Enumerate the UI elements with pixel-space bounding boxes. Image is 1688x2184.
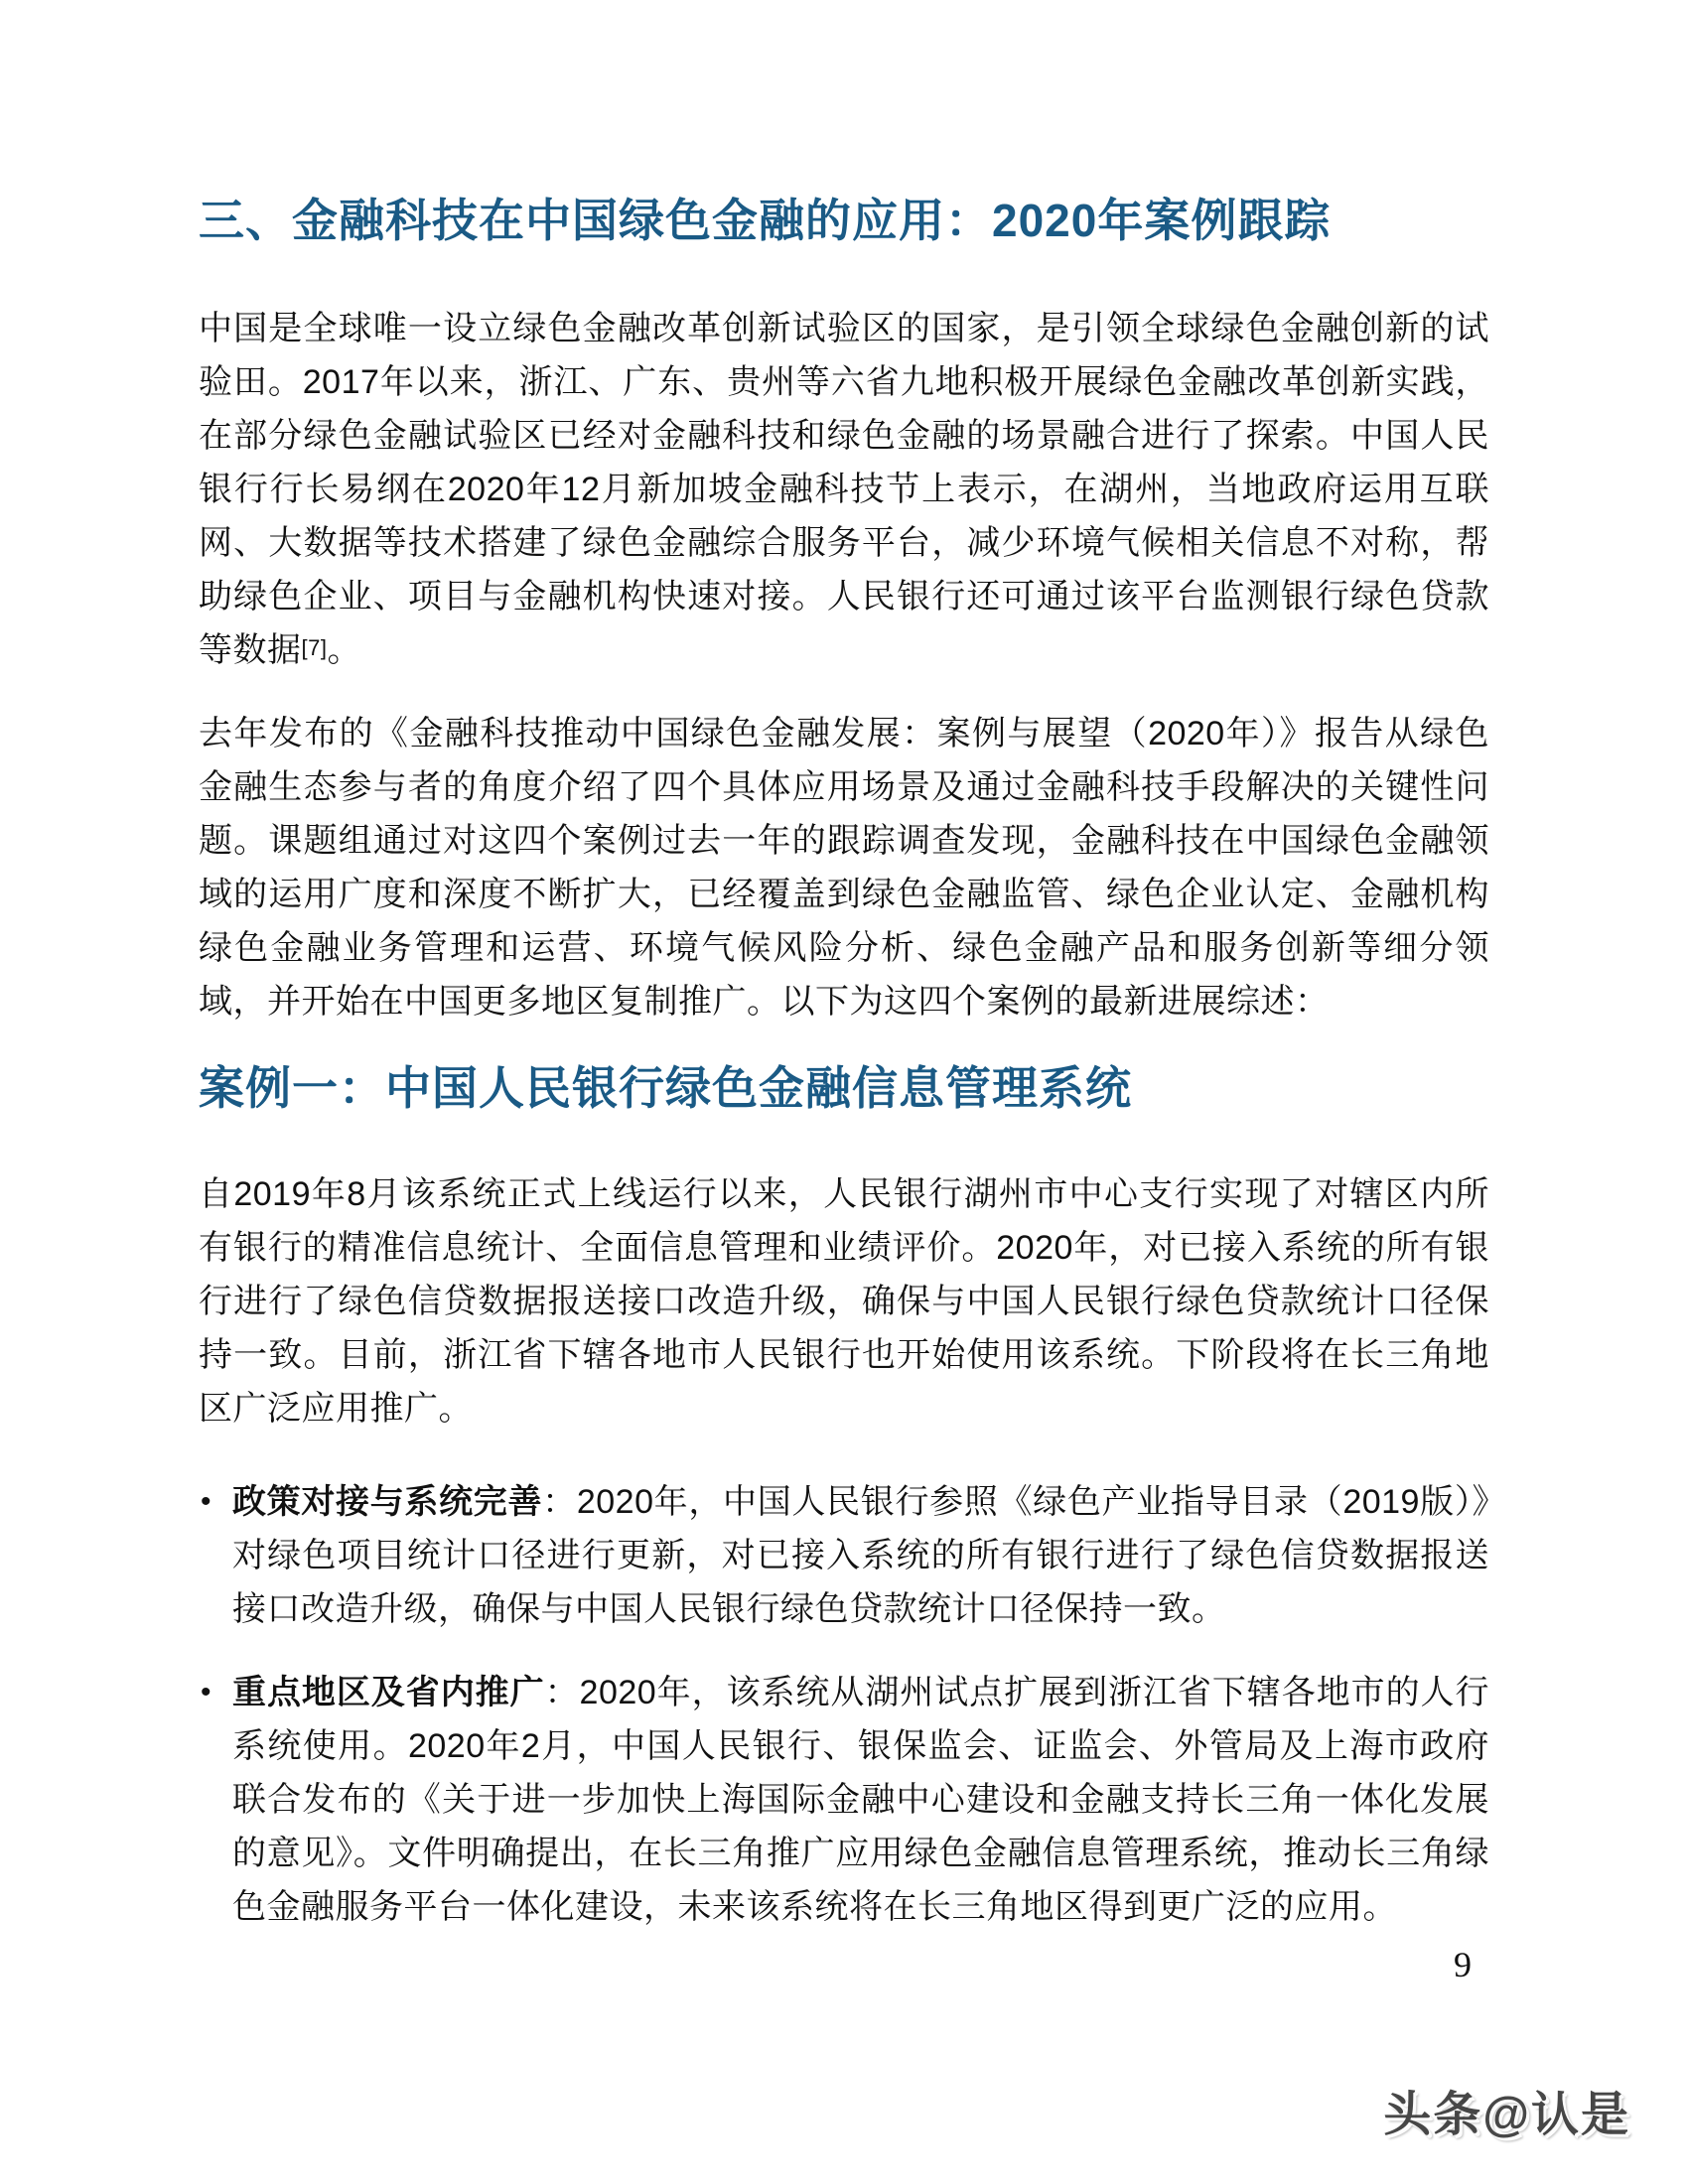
paragraph-intro: 中国是全球唯一设立绿色金融改革创新试验区的国家，是引领全球绿色金融创新的试验田。…	[199, 302, 1489, 677]
paragraph-intro-text: 中国是全球唯一设立绿色金融改革创新试验区的国家，是引领全球绿色金融创新的试验田。…	[199, 310, 1489, 669]
footnote-reference: [7]	[302, 635, 328, 660]
bullet-item-region: •重点地区及省内推广：2020年，该系统从湖州试点扩展到浙江省下辖各地市的人行系…	[199, 1666, 1489, 1934]
paragraph-case1-overview: 自2019年8月该系统正式上线运行以来，人民银行湖州市中心支行实现了对辖区内所有…	[199, 1167, 1489, 1435]
watermark: 头条@认是	[1383, 2076, 1630, 2144]
bullet-list: •政策对接与系统完善：2020年，中国人民银行参照《绿色产业指导目录（2019版…	[199, 1475, 1489, 1934]
bullet-label-policy: 政策对接与系统完善	[232, 1483, 542, 1521]
bullet-text-region: ：2020年，该系统从湖州试点扩展到浙江省下辖各地市的人行系统使用。2020年2…	[232, 1674, 1489, 1926]
bullet-label-region: 重点地区及省内推广	[232, 1674, 545, 1711]
bullet-dot-icon: •	[201, 1475, 211, 1529]
document-page: 三、金融科技在中国绿色金融的应用：2020年案例跟踪 中国是全球唯一设立绿色金融…	[0, 0, 1688, 2184]
page-number: 9	[1454, 1944, 1472, 1985]
paragraph-report-review: 去年发布的《金融科技推动中国绿色金融发展：案例与展望（2020年）》报告从绿色金…	[199, 707, 1489, 1028]
document-content: 三、金融科技在中国绿色金融的应用：2020年案例跟踪 中国是全球唯一设立绿色金融…	[199, 191, 1489, 1964]
section-heading-main: 三、金融科技在中国绿色金融的应用：2020年案例跟踪	[199, 191, 1489, 250]
paragraph-intro-tail: 。	[327, 631, 361, 669]
bullet-item-policy: •政策对接与系统完善：2020年，中国人民银行参照《绿色产业指导目录（2019版…	[199, 1475, 1489, 1636]
bullet-dot-icon: •	[201, 1666, 211, 1719]
section-heading-case1: 案例一：中国人民银行绿色金融信息管理系统	[199, 1058, 1489, 1118]
